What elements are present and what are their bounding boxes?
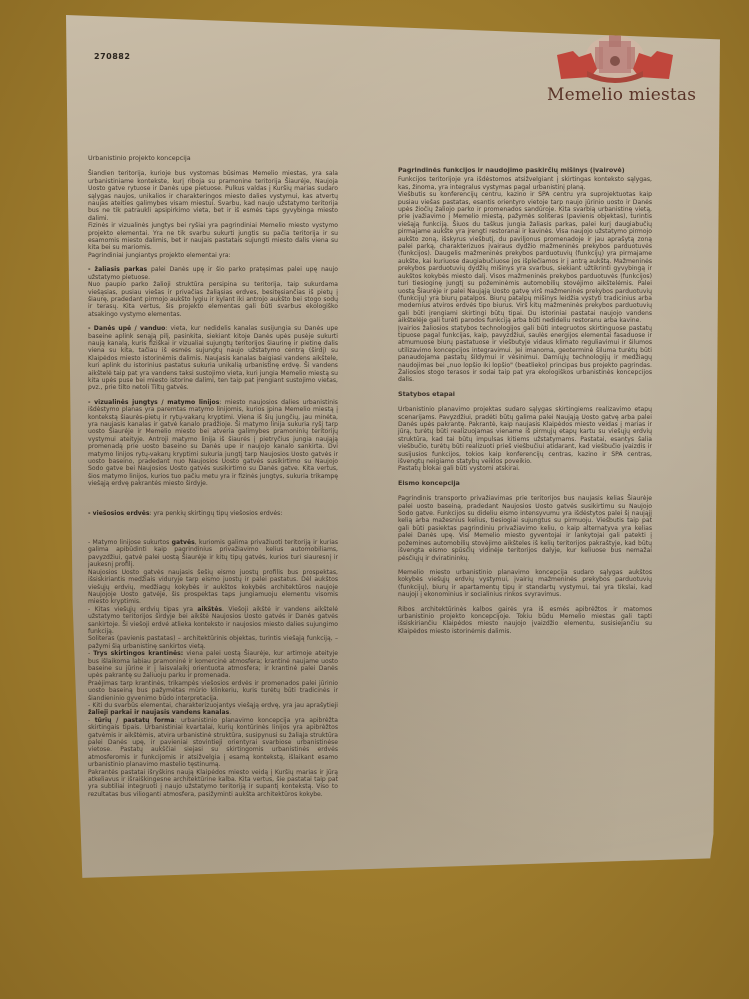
document-number: 270882 [94, 52, 130, 61]
public-space-embankments: - Trys skirtingos krantinės: viena palei… [88, 650, 338, 680]
castle-emblem-icon [551, 33, 679, 87]
paragraph: Pastatų blokai gali būti vystomi atskira… [398, 465, 652, 472]
paragraph: Praėjimas tarp krantinės, trikampės vieš… [88, 680, 338, 702]
list-item-building-form: - tūrių / pastatų forma: urbanistinio pl… [88, 717, 338, 769]
public-space-streets: - Matymo linijose sukurtos gatvės, kurio… [88, 539, 338, 569]
paragraph: Pakrantės pastatai išryškins naują Klaip… [88, 769, 338, 799]
section-title-concept: Urbanistinio projekto koncepcija [88, 155, 338, 162]
paper-sheet: 270882 Memelio miestas Urbanistinio proj… [66, 15, 720, 990]
paragraph: Fizinės ir vizualinės jungtys bei ryšiai… [88, 222, 338, 252]
paragraph: Nuo paupio parko žalioji struktūra persi… [88, 281, 338, 318]
paragraph: Funkcijos teritorijoje yra išdėstomos at… [398, 176, 652, 191]
list-item-green-park: - žaliasis parkas palei Danės upę ir šio… [88, 266, 338, 281]
left-column: Urbanistinio projekto koncepcija Šiandie… [88, 155, 338, 798]
section-heading-traffic-concept: Eismo koncepcija [398, 480, 652, 487]
paragraph: Įvairios žaliosios statybos technologijo… [398, 325, 652, 384]
paragraph: Urbanistinio planavimo projektas sudaro … [398, 406, 652, 465]
list-item-river-water: - Danės upė / vanduo: vieta, kur nedidel… [88, 325, 338, 392]
list-item-public-spaces: - viešosios erdvės: yra penkių skirtingų… [88, 510, 338, 517]
logo-text: Memelio miestas [547, 85, 697, 105]
section-heading-functions: Pagrindinės funkcijos ir naudojimo paski… [398, 167, 652, 174]
paragraph: Pagrindinis transporto privažiavimas pri… [398, 495, 652, 562]
paragraph: Pagrindiniai jungiantys projekto element… [88, 252, 338, 259]
paragraph: Soliteras (pavienis pastatas) – architek… [88, 635, 338, 650]
list-item-visual-links: - vizualinės jungtys / matymo linijos: m… [88, 399, 338, 488]
paragraph: Šiandien teritorija, kurioje bus vystoma… [88, 170, 338, 222]
paragraph: Ribos architektūrinės kalbos gairės yra … [398, 606, 652, 636]
paragraph: Naujosios Uosto gatvės naujasis šešių ei… [88, 569, 338, 606]
paragraph: Memelio miesto urbanistinio planavimo ko… [398, 569, 652, 599]
right-column: Pagrindinės funkcijos ir naudojimo paski… [398, 167, 652, 635]
section-heading-construction-stages: Statybos etapai [398, 391, 652, 398]
public-space-parks-canal: - Kiti du svarbūs elementai, charakteriz… [88, 702, 338, 717]
paragraph: Viešbutis su konferencijų centru, kazino… [398, 191, 652, 324]
memelio-miestas-logo: Memelio miestas [541, 33, 691, 113]
public-space-squares: - Kitas viešųjų erdvių tipas yra aikštės… [88, 606, 338, 636]
